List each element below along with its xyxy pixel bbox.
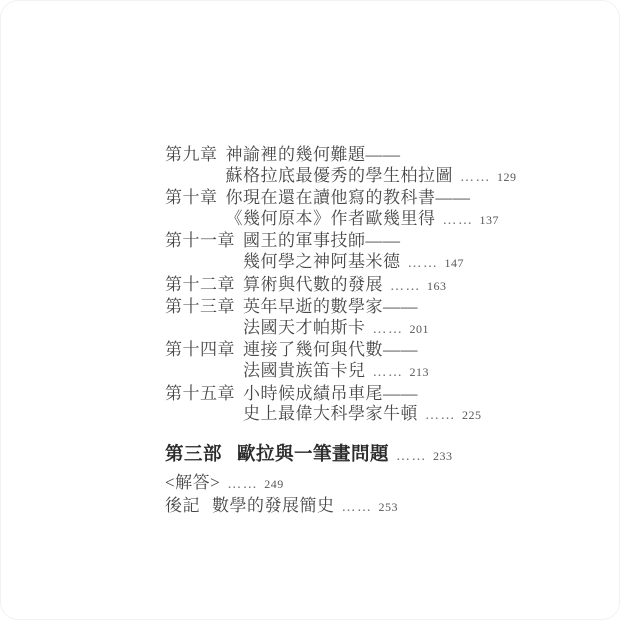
leader-dots: …… — [373, 322, 404, 337]
postscript-label: 後記 — [165, 491, 200, 516]
part-title: 歐拉與一筆畫問題 — [237, 440, 389, 466]
chapter-subtitle-line: 史上最偉大科學家牛頓……225 — [243, 404, 482, 427]
chapter-subtitle: 法國天才帕斯卡 — [243, 318, 366, 337]
chapter-list: 第九章 神諭裡的幾何難題—— 蘇格拉底最優秀的學生柏拉圖……129 第十章 你現… — [165, 145, 517, 427]
leader-dots: …… — [390, 279, 421, 294]
chapter-title: 連接了幾何與代數—— — [243, 340, 429, 361]
chapter-body: 英年早逝的數學家—— 法國天才帕斯卡……201 — [243, 297, 429, 340]
leader-dots: …… — [460, 170, 491, 185]
answers-row: <解答>……249 — [165, 468, 284, 493]
toc-entry-ch9: 第九章 神諭裡的幾何難題—— 蘇格拉底最優秀的學生柏拉圖……129 — [165, 145, 517, 188]
chapter-subtitle: 《幾何原本》作者歐幾里得 — [226, 209, 436, 228]
page-number: 201 — [410, 322, 430, 336]
chapter-label: 第十章 — [165, 188, 218, 209]
chapter-body: 國王的軍事技師—— 幾何學之神阿基米德……147 — [243, 231, 464, 274]
page-number: 163 — [427, 279, 447, 293]
leader-dots: …… — [342, 500, 373, 516]
toc-entry-ch13: 第十三章 英年早逝的數學家—— 法國天才帕斯卡……201 — [165, 297, 517, 340]
chapter-body: 算術與代數的發展……163 — [243, 275, 447, 298]
chapter-title: 小時候成績吊車尾—— — [243, 384, 482, 405]
page-number: 129 — [497, 170, 517, 184]
leader-dots: …… — [396, 449, 427, 465]
leader-dots: …… — [227, 477, 258, 492]
chapter-subtitle: 幾何學之神阿基米德 — [243, 252, 401, 271]
chapter-title: 英年早逝的數學家—— — [243, 297, 429, 318]
postscript-row: 後記數學的發展簡史……253 — [165, 491, 398, 516]
chapter-body: 小時候成績吊車尾—— 史上最偉大科學家牛頓……225 — [243, 384, 482, 427]
leader-dots: …… — [373, 365, 404, 380]
page-number: 233 — [433, 449, 453, 464]
toc-entry-ch12: 第十二章 算術與代數的發展……163 — [165, 275, 517, 298]
chapter-title: 你現在還在讀他寫的教科書—— — [226, 188, 500, 209]
postscript-title: 數學的發展簡史 — [212, 491, 335, 516]
chapter-title: 算術與代數的發展 — [243, 275, 383, 294]
chapter-label: 第九章 — [165, 145, 218, 166]
chapter-body: 神諭裡的幾何難題—— 蘇格拉底最優秀的學生柏拉圖……129 — [226, 145, 517, 188]
chapter-label: 第十三章 — [165, 297, 235, 318]
chapter-label: 第十五章 — [165, 384, 235, 405]
part-title-row: 第三部歐拉與一筆畫問題……233 — [165, 440, 453, 466]
chapter-body: 你現在還在讀他寫的教科書—— 《幾何原本》作者歐幾里得……137 — [226, 188, 500, 231]
leader-dots: …… — [425, 408, 456, 423]
chapter-subtitle-line: 幾何學之神阿基米德……147 — [243, 252, 464, 275]
chapter-subtitle: 史上最偉大科學家牛頓 — [243, 404, 418, 423]
page-number: 249 — [264, 477, 284, 491]
toc-entry-ch15: 第十五章 小時候成績吊車尾—— 史上最偉大科學家牛頓……225 — [165, 384, 517, 427]
part-label: 第三部 — [165, 440, 222, 466]
chapter-subtitle: 蘇格拉底最優秀的學生柏拉圖 — [226, 166, 454, 185]
leader-dots: …… — [408, 256, 439, 271]
page-number: 225 — [462, 408, 482, 422]
page-number: 147 — [445, 256, 465, 270]
book-toc-page: 第九章 神諭裡的幾何難題—— 蘇格拉底最優秀的學生柏拉圖……129 第十章 你現… — [0, 0, 620, 620]
chapter-subtitle-line: 蘇格拉底最優秀的學生柏拉圖……129 — [226, 166, 517, 189]
chapter-title-line: 算術與代數的發展……163 — [243, 275, 447, 298]
chapter-body: 連接了幾何與代數—— 法國貴族笛卡兒……213 — [243, 340, 429, 383]
chapter-title: 神諭裡的幾何難題—— — [226, 145, 517, 166]
chapter-subtitle-line: 《幾何原本》作者歐幾里得……137 — [226, 209, 500, 232]
chapter-subtitle-line: 法國天才帕斯卡……201 — [243, 318, 429, 341]
page-number: 213 — [410, 365, 430, 379]
page-number: 253 — [379, 500, 399, 515]
chapter-label: 第十一章 — [165, 231, 235, 252]
chapter-label: 第十四章 — [165, 340, 235, 361]
toc-entry-ch11: 第十一章 國王的軍事技師—— 幾何學之神阿基米德……147 — [165, 231, 517, 274]
chapter-subtitle: 法國貴族笛卡兒 — [243, 361, 366, 380]
chapter-label: 第十二章 — [165, 275, 235, 296]
chapter-subtitle-line: 法國貴族笛卡兒……213 — [243, 361, 429, 384]
toc-entry-ch10: 第十章 你現在還在讀他寫的教科書—— 《幾何原本》作者歐幾里得……137 — [165, 188, 517, 231]
toc-entry-ch14: 第十四章 連接了幾何與代數—— 法國貴族笛卡兒……213 — [165, 340, 517, 383]
leader-dots: …… — [443, 213, 474, 228]
page-number: 137 — [480, 213, 500, 227]
answers-label: <解答> — [165, 473, 220, 492]
chapter-title: 國王的軍事技師—— — [243, 231, 464, 252]
